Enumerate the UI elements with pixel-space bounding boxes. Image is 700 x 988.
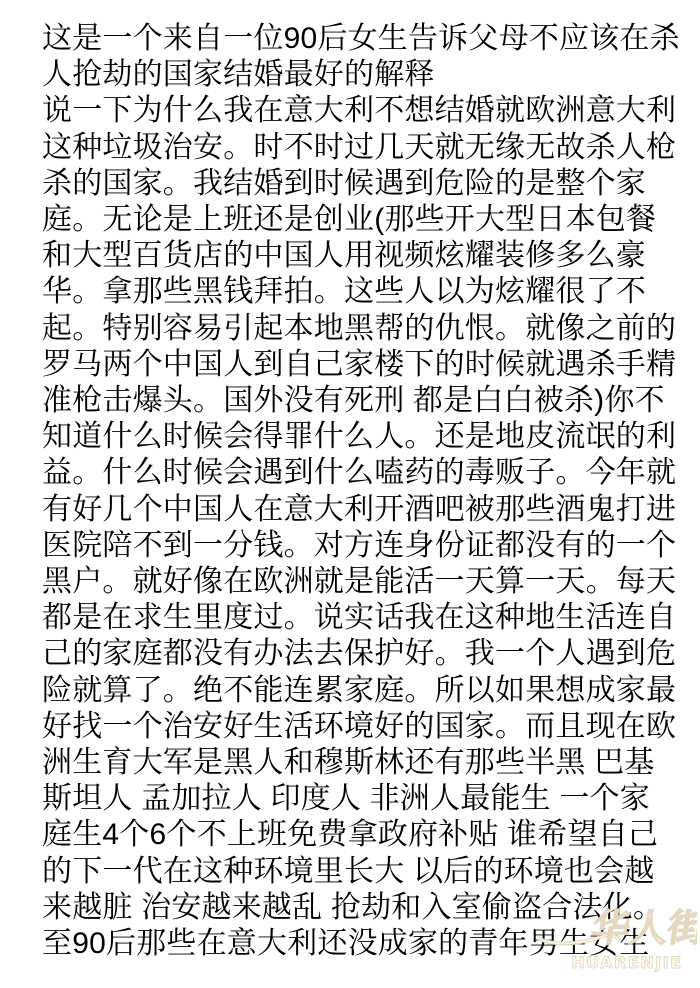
text-line: 准枪击爆头。国外没有死刑 都是白白被杀)你不 <box>42 383 692 419</box>
text-line: 杀的国家。我结婚到时候遇到危险的是整个家 <box>42 166 692 202</box>
text-line: 说一下为什么我在意大利不想结婚就欧洲意大利 <box>42 93 692 129</box>
text-line: 知道什么时候会得罪什么人。还是地皮流氓的利 <box>42 419 692 455</box>
text-line: 至90后那些在意大利还没成家的青年男生女生 <box>42 926 692 962</box>
text-line: 人抢劫的国家结婚最好的解释 <box>42 57 692 93</box>
text-line: 都是在求生里度过。说实话我在这种地生活连自 <box>42 600 692 636</box>
text-line: 有好几个中国人在意大利开酒吧被那些酒鬼打进 <box>42 492 692 528</box>
text-line: 险就算了。绝不能连累家庭。所以如果想成家最 <box>42 673 692 709</box>
text-line: 这种垃圾治安。时不时过几天就无缘无故杀人枪 <box>42 130 692 166</box>
text-line: 益。什么时候会遇到什么嗑药的毒贩子。今年就 <box>42 455 692 491</box>
text-line: 己的家庭都没有办法去保护好。我一个人遇到危 <box>42 636 692 672</box>
text-line: 这是一个来自一位90后女生告诉父母不应该在杀 <box>42 21 692 57</box>
text-line: 医院陪不到一分钱。对方连身份证都没有的一个 <box>42 528 692 564</box>
text-line: 庭。无论是上班还是创业(那些开大型日本包餐 <box>42 202 692 238</box>
text-line: 和大型百货店的中国人用视频炫耀装修多么豪 <box>42 238 692 274</box>
post-text: 这是一个来自一位90后女生告诉父母不应该在杀人抢劫的国家结婚最好的解释说一下为什… <box>42 21 692 962</box>
text-line: 好找一个治安好生活环境好的国家。而且现在欧 <box>42 709 692 745</box>
text-line: 罗马两个中国人到自己家楼下的时候就遇杀手精 <box>42 347 692 383</box>
text-line: 华。拿那些黑钱拜拍。这些人以为炫耀很了不 <box>42 274 692 310</box>
text-line: 庭生4个6个不上班免费拿政府补贴 谁希望自己 <box>42 817 692 853</box>
text-line: 黑户。就好像在欧洲就是能活一天算一天。每天 <box>42 564 692 600</box>
text-line: 斯坦人 孟加拉人 印度人 非洲人最能生 一个家 <box>42 781 692 817</box>
screenshot-page: 这是一个来自一位90后女生告诉父母不应该在杀人抢劫的国家结婚最好的解释说一下为什… <box>0 0 700 988</box>
text-line: 的下一代在这种环境里长大 以后的环境也会越 <box>42 854 692 890</box>
text-line: 来越脏 治安越来越乱 抢劫和入室偷盗合法化。 <box>42 890 692 926</box>
text-line: 洲生育大军是黑人和穆斯林还有那些半黑 巴基 <box>42 745 692 781</box>
text-line: 起。特别容易引起本地黑帮的仇恨。就像之前的 <box>42 311 692 347</box>
